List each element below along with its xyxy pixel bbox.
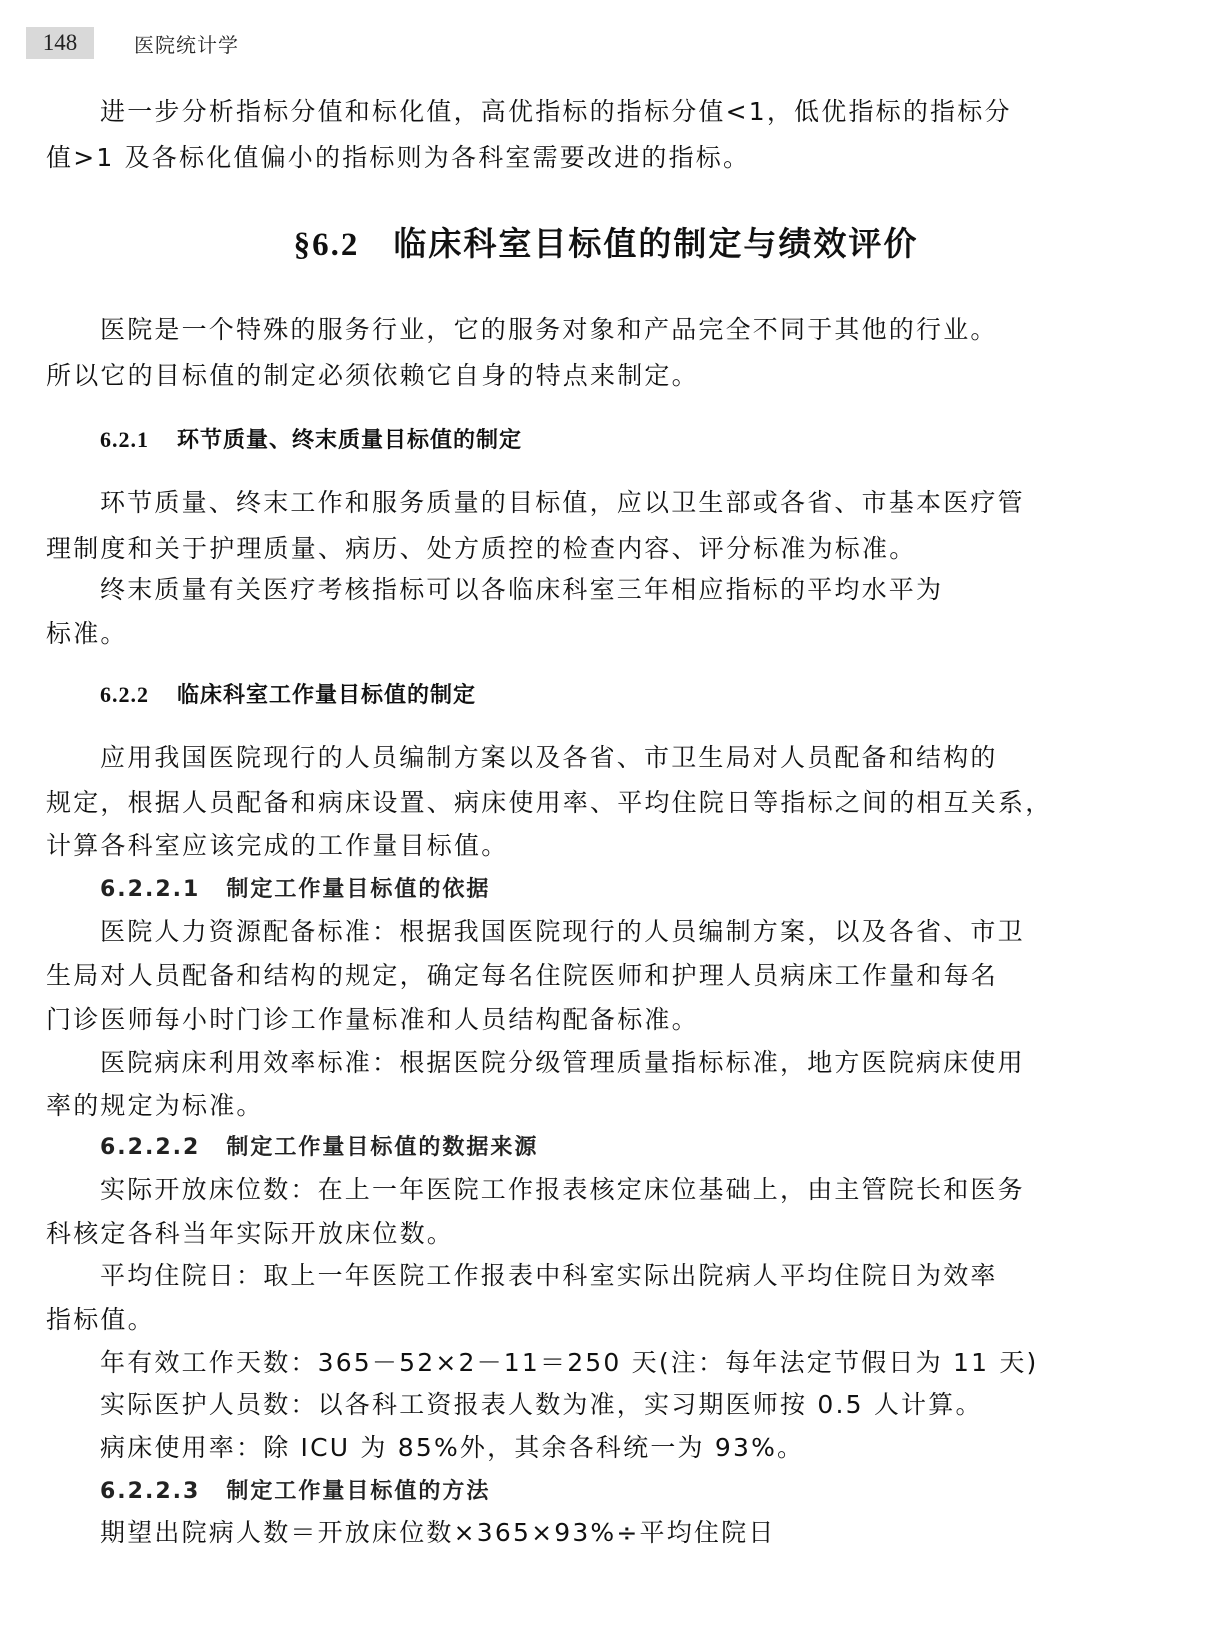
p6222-staff-count: 实际医护人员数：以各科工资报表人数为准，实习期医师按 0.5 人计算。 <box>100 1385 1076 1421</box>
subsection-number: 6.2.1 <box>100 427 149 452</box>
section-para-line-2: 所以它的目标值的制定必须依赖它自身的特点来制定。 <box>46 356 1076 392</box>
p6222-2-line-2: 指标值。 <box>46 1300 1076 1336</box>
p622-line-2: 规定，根据人员配备和病床设置、病床使用率、平均住院日等指标之间的相互关系， <box>46 783 1076 819</box>
subsubsection-heading-6-2-2-2: 6.2.2.2制定工作量目标值的数据来源 <box>100 1130 538 1161</box>
p6222-2-line-1: 平均住院日：取上一年医院工作报表中科室实际出院病人平均住院日为效率 <box>100 1256 1076 1292</box>
page-number: 148 <box>26 27 94 59</box>
p6221-1-line-3: 门诊医师每小时门诊工作量标准和人员结构配备标准。 <box>46 1000 1076 1036</box>
formula-expected-discharges: 期望出院病人数＝开放床位数×365×93%÷平均住院日 <box>100 1513 1076 1549</box>
running-header: 148 医院统计学 <box>26 27 239 59</box>
book-title: 医院统计学 <box>134 29 239 58</box>
section-title: 临床科室目标值的制定与绩效评价 <box>393 224 918 263</box>
subsubsection-heading-6-2-2-1: 6.2.2.1制定工作量目标值的依据 <box>100 872 490 903</box>
p6222-1-line-1: 实际开放床位数：在上一年医院工作报表核定床位基础上，由主管院长和医务 <box>100 1170 1076 1206</box>
subsection-title: 临床科室工作量目标值的制定 <box>177 683 476 708</box>
subsection-heading-6-2-2: 6.2.2临床科室工作量目标值的制定 <box>100 678 476 709</box>
p6221-1-line-1: 医院人力资源配备标准：根据我国医院现行的人员编制方案，以及各省、市卫 <box>100 912 1076 948</box>
p6222-bed-usage: 病床使用率：除 ICU 为 85%外，其余各科统一为 93%。 <box>100 1428 1076 1464</box>
subsection-title: 环节质量、终末质量目标值的制定 <box>177 428 522 453</box>
section-heading: §6.2临床科室目标值的制定与绩效评价 <box>0 218 1212 265</box>
subsection-heading-6-2-1: 6.2.1环节质量、终末质量目标值的制定 <box>100 423 522 454</box>
book-page: 148 医院统计学 进一步分析指标分值和标化值，高优指标的指标分值<1，低优指标… <box>0 0 1212 1626</box>
subsubsection-number: 6.2.2.2 <box>100 1135 200 1160</box>
p621-1-line-2: 理制度和关于护理质量、病历、处方质控的检查内容、评分标准为标准。 <box>46 529 1076 565</box>
p621-2-line-2: 标准。 <box>46 614 1076 650</box>
p6221-2-line-2: 率的规定为标准。 <box>46 1086 1076 1122</box>
p6221-2-line-1: 医院病床利用效率标准：根据医院分级管理质量指标标准，地方医院病床使用 <box>100 1043 1076 1079</box>
p621-1-line-1: 环节质量、终末工作和服务质量的目标值，应以卫生部或各省、市基本医疗管 <box>100 483 1076 519</box>
p622-line-1: 应用我国医院现行的人员编制方案以及各省、市卫生局对人员配备和结构的 <box>100 738 1076 774</box>
p6222-1-line-2: 科核定各科当年实际开放床位数。 <box>46 1214 1076 1250</box>
subsubsection-heading-6-2-2-3: 6.2.2.3制定工作量目标值的方法 <box>100 1474 490 1505</box>
subsection-number: 6.2.2 <box>100 682 149 707</box>
subsubsection-number: 6.2.2.1 <box>100 877 200 902</box>
p6222-workdays: 年有效工作天数：365－52×2－11＝250 天(注：每年法定节假日为 11 … <box>100 1343 1076 1379</box>
subsubsection-title: 制定工作量目标值的依据 <box>226 877 490 902</box>
p622-line-3: 计算各科室应该完成的工作量目标值。 <box>46 826 1076 862</box>
section-number: §6.2 <box>294 227 360 263</box>
p6221-1-line-2: 生局对人员配备和结构的规定，确定每名住院医师和护理人员病床工作量和每名 <box>46 956 1076 992</box>
subsubsection-title: 制定工作量目标值的数据来源 <box>226 1135 538 1160</box>
section-para-line-1: 医院是一个特殊的服务行业，它的服务对象和产品完全不同于其他的行业。 <box>100 310 1076 346</box>
intro-line-2: 值>1 及各标化值偏小的指标则为各科室需要改进的指标。 <box>46 138 1076 174</box>
subsubsection-number: 6.2.2.3 <box>100 1479 200 1504</box>
p621-2-line-1: 终末质量有关医疗考核指标可以各临床科室三年相应指标的平均水平为 <box>100 570 1076 606</box>
subsubsection-title: 制定工作量目标值的方法 <box>226 1479 490 1504</box>
intro-line-1: 进一步分析指标分值和标化值，高优指标的指标分值<1，低优指标的指标分 <box>100 92 1076 128</box>
